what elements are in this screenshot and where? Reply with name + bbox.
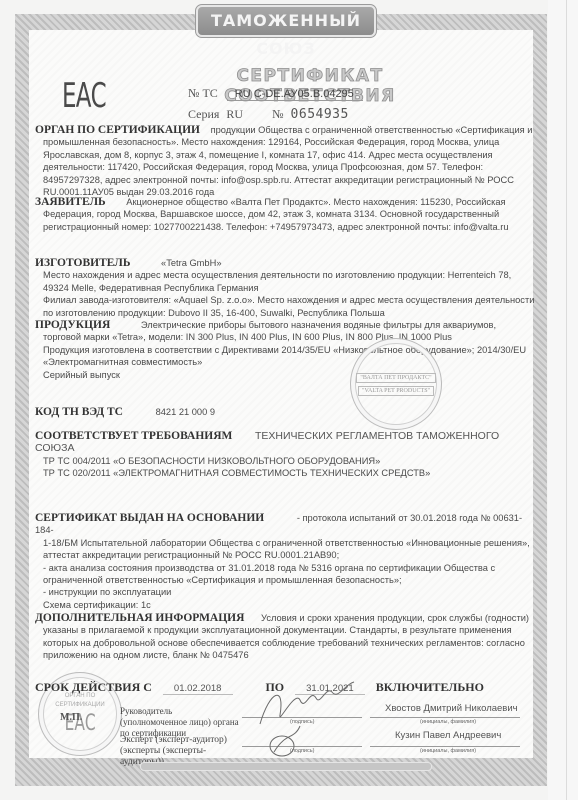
additional-info-text-first: Условия и сроки хранения продукции, срок… [261, 613, 529, 623]
certification-body-section: ОРГАН ПО СЕРТИФИКАЦИИ продукции Общества… [35, 124, 535, 198]
applicant-text-first: Акционерное общество «Валта Пет Продактс… [126, 197, 505, 207]
product-section: ПРОДУКЦИЯ Электрические приборы бытового… [35, 319, 535, 381]
manufacturer-name: «Tetra GmbH» [161, 258, 221, 268]
validity-from-label: СРОК ДЕЙСТВИЯ С [35, 680, 152, 694]
series-value: RU [226, 107, 243, 121]
certification-body-text-first: продукции Общества с ограниченной ответс… [211, 125, 533, 135]
series-label: Серия [188, 107, 219, 121]
hs-code-section: КОД ТН ВЭД ТС 8421 21 000 9 [35, 406, 535, 418]
additional-info-text: указаны в прилагаемой к продукции эксплу… [35, 624, 535, 661]
head-name-line [370, 717, 520, 718]
certificate-number: № ТС RU C-DE.АУ05.В.04295 [188, 86, 363, 101]
hs-code-label: КОД ТН ВЭД ТС [35, 406, 123, 418]
certificate-number-label: № ТС [188, 86, 218, 100]
requirement-item: ТР ТС 020/2011 «ЭЛЕКТРОМАГНИТНАЯ СОВМЕСТ… [35, 467, 535, 479]
seal-label: М.П. [60, 712, 82, 723]
requirements-section: СООТВЕТСТВУЕТ ТРЕБОВАНИЯМ ТЕХНИЧЕСКИХ РЕ… [35, 430, 535, 480]
certification-body-label: ОРГАН ПО СЕРТИФИКАЦИИ [35, 124, 200, 136]
stamp-line-2: "VALTA PET PRODUCTS" [358, 386, 434, 396]
additional-info-section: ДОПОЛНИТЕЛЬНАЯ ИНФОРМАЦИЯ Условия и срок… [35, 612, 535, 662]
stamp-line-1: "ВАЛТА ПЕТ ПРОДАКТС" [356, 373, 435, 383]
manufacturer-section: ИЗГОТОВИТЕЛЬ «Tetra GmbH» Место нахожден… [35, 257, 535, 319]
basis-line: - инструкции по эксплуатации [35, 586, 535, 598]
manufacturer-label: ИЗГОТОВИТЕЛЬ [35, 257, 130, 269]
requirement-item: ТР ТС 004/2011 «О БЕЗОПАСНОСТИ НИЗКОВОЛЬ… [35, 455, 535, 467]
basis-line: - акта анализа состояния производства от… [35, 562, 535, 587]
expert-signature-icon [260, 722, 320, 762]
head-name: Хвостов Дмитрий Николаевич [385, 703, 518, 714]
product-directives: Продукция изготовлена в соответствии с Д… [35, 344, 535, 369]
blank-number-label: № [272, 107, 283, 121]
customs-union-banner: ТАМОЖЕННЫЙ СОЮЗ [196, 5, 376, 37]
hs-code-value: 8421 21 000 9 [156, 407, 215, 417]
additional-info-label: ДОПОЛНИТЕЛЬНАЯ ИНФОРМАЦИЯ [35, 612, 244, 624]
certificate-number-value: RU C-DE.АУ05.В.04295 [227, 88, 363, 101]
requirements-label: СООТВЕТСТВУЕТ ТРЕБОВАНИЯМ [35, 430, 232, 442]
basis-label: СЕРТИФИКАТ ВЫДАН НА ОСНОВАНИИ [35, 512, 264, 524]
blank-number-value: 0654935 [291, 107, 349, 122]
scan-edge-line [566, 0, 567, 800]
validity-inclusive-label: ВКЛЮЧИТЕЛЬНО [376, 680, 484, 694]
basis-line: 1-18/БМ Испытательной лаборатории Общест… [35, 537, 535, 562]
certificate-series: Серия RU № 0654935 [188, 107, 349, 122]
eac-logo-icon: ЕАС [62, 76, 106, 116]
head-name-caption: (инициалы, фамилия) [420, 719, 476, 725]
applicant-section: ЗАЯВИТЕЛЬ Акционерное общество «Валта Пе… [35, 196, 535, 233]
product-release: Серийный выпуск [35, 369, 535, 381]
basis-section: СЕРТИФИКАТ ВЫДАН НА ОСНОВАНИИ - протокол… [35, 512, 535, 611]
validity-from-date: 01.02.2018 [163, 683, 233, 695]
product-text-first: Электрические приборы бытового назначени… [141, 320, 496, 330]
manufacturer-address: Место нахождения и адрес места осуществл… [35, 269, 535, 294]
expert-name: Кузин Павел Андреевич [395, 730, 501, 741]
certification-body-text: промышленная безопасность». Место нахожд… [35, 136, 535, 198]
scan-margin [548, 0, 578, 800]
applicant-text: Федерация, город Москва, Варшавское шосс… [35, 208, 535, 233]
product-label: ПРОДУКЦИЯ [35, 319, 110, 331]
product-models: торговой марки «Tetra», модели: IN 300 P… [35, 331, 535, 343]
manufacturer-branch: Филиал завода-изготовителя: «Aquael Sp. … [35, 294, 535, 319]
stamp-body-middle: СЕРТИФИКАЦИИ [55, 702, 104, 708]
basis-line: Схема сертификации: 1с [35, 599, 535, 611]
expert-name-line [370, 746, 520, 747]
footer-microtext [140, 762, 432, 771]
expert-name-caption: (инициалы, фамилия) [420, 748, 476, 754]
applicant-label: ЗАЯВИТЕЛЬ [35, 196, 106, 208]
